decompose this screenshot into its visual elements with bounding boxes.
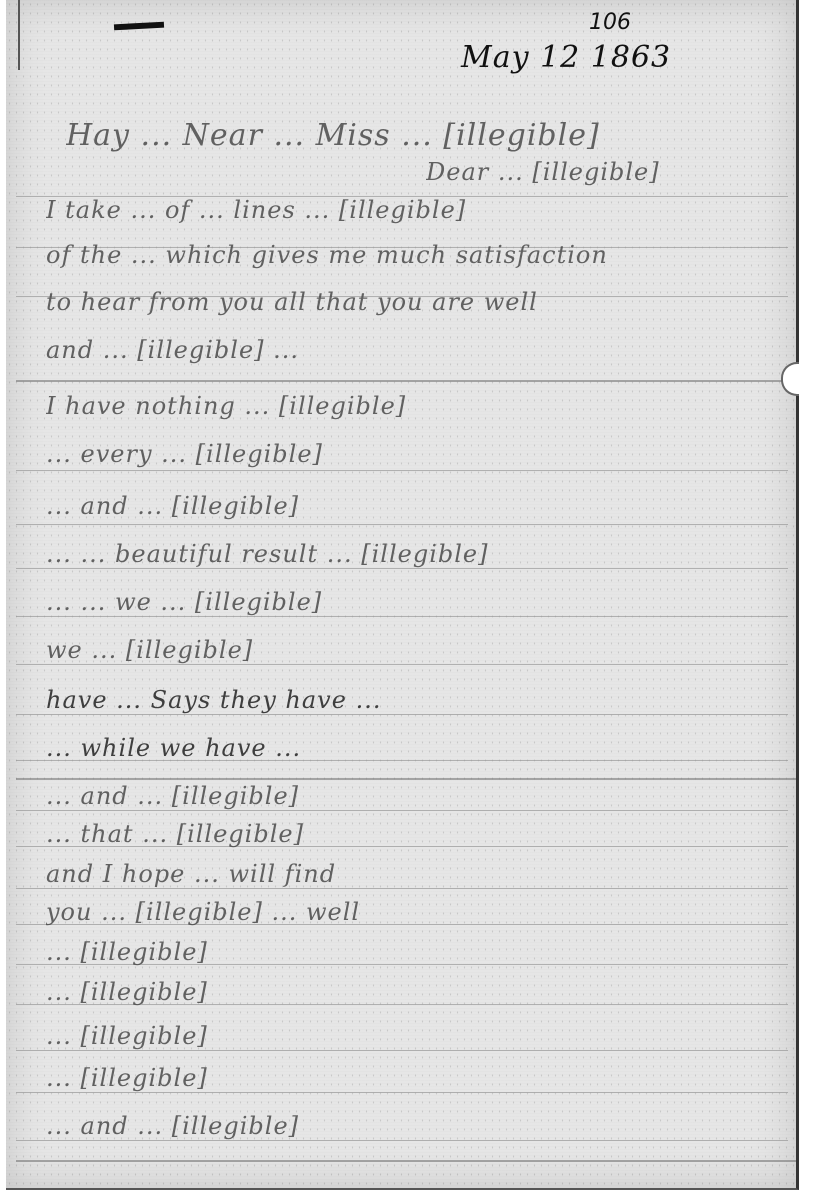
ruled-line <box>16 714 788 715</box>
text-line: ... ... we ... [illegible] <box>46 588 736 616</box>
text-line: ... and ... [illegible] <box>46 492 736 520</box>
ruled-line <box>16 470 788 471</box>
text-line: of the ... which gives me much satisfact… <box>46 241 736 269</box>
text-line: I have nothing ... [illegible] <box>46 392 736 420</box>
text-line: to hear from you all that you are well <box>46 288 736 316</box>
fold-crease <box>16 380 796 382</box>
text-line: we ... [illegible] <box>46 636 736 664</box>
text-line: ... [illegible] <box>46 1022 736 1050</box>
corner-fold <box>6 0 20 70</box>
letter-salutation: Dear ... [illegible] <box>426 158 736 186</box>
ruled-line <box>16 568 788 569</box>
ruled-line <box>16 1140 788 1141</box>
ruled-line <box>16 1092 788 1093</box>
text-line: ... ... beautiful result ... [illegible] <box>46 540 736 568</box>
date-annotation: May 12 1863 <box>461 40 671 75</box>
text-line: ... [illegible] <box>46 1064 736 1092</box>
letter-page: 106 May 12 1863 Hay ... Near ... Miss ..… <box>6 0 799 1190</box>
text-line: ... and ... [illegible] <box>46 1112 736 1140</box>
text-line: and I hope ... will find <box>46 860 736 888</box>
ruled-line <box>16 616 788 617</box>
text-line: ... every ... [illegible] <box>46 440 736 468</box>
ruled-line <box>16 524 788 525</box>
torn-edge <box>781 362 799 396</box>
ruled-line <box>16 888 788 889</box>
fold-crease <box>16 1160 796 1162</box>
pencil-mark <box>114 22 164 31</box>
text-line: ... while we have ... <box>46 734 736 762</box>
ruled-line <box>16 664 788 665</box>
text-line: I take ... of ... lines ... [illegible] <box>46 196 736 224</box>
text-line: ... that ... [illegible] <box>46 820 736 848</box>
text-line: ... and ... [illegible] <box>46 782 736 810</box>
ruled-line <box>16 1050 788 1051</box>
fold-crease <box>16 778 796 780</box>
text-line: you ... [illegible] ... well <box>46 898 736 926</box>
text-line: ... [illegible] <box>46 938 736 966</box>
text-line: have ... Says they have ... <box>46 686 736 714</box>
text-line: ... [illegible] <box>46 978 736 1006</box>
text-line: and ... [illegible] ... <box>46 336 736 364</box>
ruled-line <box>16 810 788 811</box>
letter-heading: Hay ... Near ... Miss ... [illegible] <box>66 118 736 153</box>
page-number-annotation: 106 <box>589 10 631 35</box>
